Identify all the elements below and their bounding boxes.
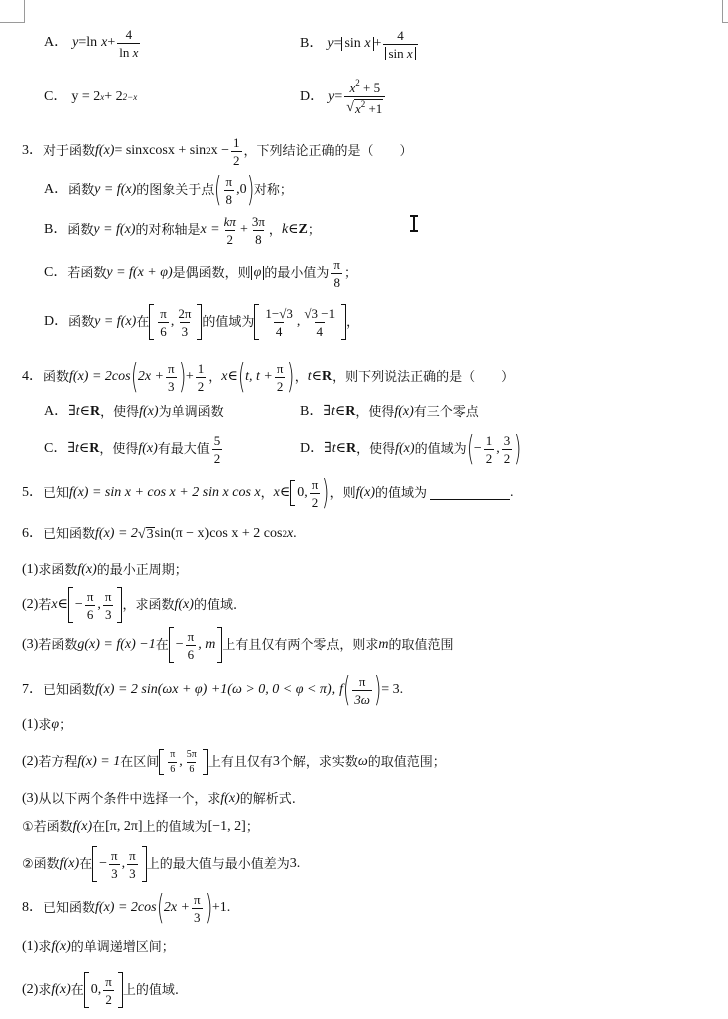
question-6-part-1: (1) 求函数 f(x) 的最小正周期； [22, 561, 188, 579]
question-3-stem: 3． 对于函数 f(x) = sinxcosx + sin2 x − 12 ，下… [22, 136, 413, 166]
question-3-option-a: A． 函数 y = f(x) 的图象关于点 ( π8 ,0 ) 对称； [44, 172, 293, 208]
question-8-stem: 8． 已知函数 f(x) = 2cos (2x + π3) +1 . [22, 890, 230, 926]
question-3-option-c: C． 若函数 y = f(x + φ) 是偶函数，则 φ 的最小值为 π8 ； [44, 256, 357, 290]
page-margin-corner-left [0, 0, 25, 23]
question-7-part-2: (2) 若方程 f(x) = 1 在区间 π6, 5π6 上有且仅有 3 个解，… [22, 748, 446, 776]
question-7-condition-1: ① 若函数 f(x) 在 [π, 2π] 上的值域为 [−1, 2] ； [22, 818, 259, 836]
fraction: 4 sin x [383, 29, 417, 60]
q2-option-b: B． y = sin x + 4 sin x [300, 28, 420, 60]
answer-blank[interactable] [430, 487, 510, 500]
question-8-part-2: (2) 求 f(x) 在 0, π2 上的值域. [22, 972, 179, 1008]
question-4-option-a: A． ∃t∈R ，使得 f(x) 为单调函数 [44, 403, 224, 421]
question-6-part-2: (2) 若 x∈ − π6, π3 ，求函数 f(x) 的值域. [22, 588, 237, 622]
question-8-part-1: (1) 求 f(x) 的单调递增区间； [22, 938, 175, 956]
fraction: 12 [231, 136, 242, 167]
question-4-option-b: B． ∃t∈R ，使得 f(x) 有三个零点 [300, 403, 479, 421]
question-4-stem: 4． 函数 f(x) = 2cos (2x + π3) + 12 ， x∈ (t… [22, 360, 514, 394]
question-7-part-3: (3) 从以下两个条件中选择一个，求 f(x) 的解析式. [22, 790, 296, 808]
question-6-part-3: (3) 若函数 g(x) = f(x) −1 在 − π6 , m 上有且仅有两… [22, 628, 454, 662]
absolute-value: sin x [341, 37, 373, 51]
q2-option-d: D． y = x2 + 5 √x2 +1 [300, 78, 387, 116]
question-7-part-1: (1) 求 φ ； [22, 716, 72, 734]
question-4-option-c: C． ∃t∈R ，使得 f(x) 有最大值 52 [44, 432, 224, 466]
fraction: 4 ln x [117, 28, 140, 59]
text-cursor-ibeam [410, 215, 418, 231]
q2-option-c: C． y = 2x + 22−x [44, 88, 137, 106]
page-margin-corner-right [722, 0, 728, 23]
fraction: x2 + 5 √x2 +1 [344, 79, 385, 115]
question-3-option-d: D． 函数 y = f(x) 在 π6, 2π3 的值域为 1−√34, √3 … [44, 302, 359, 342]
question-3-option-b: B． 函数 y = f(x) 的对称轴是 x = kπ2 + 3π8 ， k∈Z… [44, 212, 321, 248]
q2-option-a: A． y = ln x + 4 ln x [44, 28, 142, 58]
question-6-stem: 6． 已知函数 f(x) = 2 √3 sin(π − x)cos x + 2 … [22, 524, 297, 544]
question-7-condition-2: ② 函数 f(x) 在 − π3, π3 上的最大值与最小值差为 3. [22, 846, 300, 882]
question-5: 5． 已知 f(x) = sin x + cos x + 2 sin x cos… [22, 476, 514, 510]
question-7-stem: 7． 已知函数 f(x) = 2 sin(ωx + φ) +1(ω > 0, 0… [22, 672, 403, 708]
question-4-option-d: D． ∃t∈R ，使得 f(x) 的值域为 (− 12, 32) [300, 432, 522, 466]
